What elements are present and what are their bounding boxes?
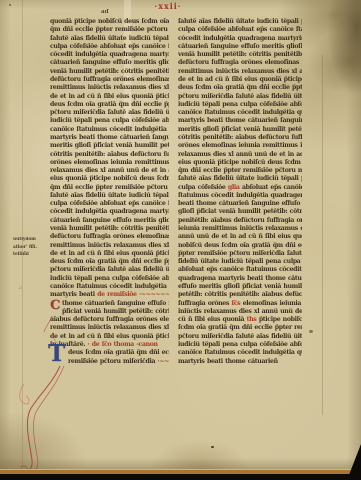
text-line: petẽtib: cõtritis penitẽtib: aĩabus defũ… — [178, 291, 302, 299]
left-text-column: quoniã p̃ticipe nobiſcũ deus ſcd̃m oĩa g… — [50, 18, 169, 368]
text-line: ſalutẽ aĩas fideliũ ũitate iudiciũ tẽpal… — [50, 192, 169, 200]
text-line: remiſsiõe pc̃toru miſeric̃dia ·~~~~~~ — [50, 358, 169, 366]
right-text-column: ſalutẽ aĩas fideliũ ũitate iudiciũ tẽpal… — [178, 18, 302, 368]
text-line: de et in ad cũ ñ ſibi eius quoniã p̃tici… — [50, 93, 169, 101]
text-line: defũctoru ſuffragia orõnes elemoſinas ie… — [50, 233, 169, 241]
gloss-line: tellim̃t — [13, 251, 51, 259]
text-line: q̃m dñi eccl̃ie p̃pter remiſsiõe pc̃toru… — [50, 184, 169, 192]
text-line: pc̃toru miſeric̃dia ſalutẽ aĩas fideliũ … — [50, 109, 169, 117]
text-line: culpa cõfeſsiõe abſoluat ep̃s canõice ſt… — [178, 26, 302, 34]
text-line: veniã humilit petẽtib: cõtritis penitẽti… — [50, 68, 169, 76]
manuscript-photo: ·xxii· aď quoniã p̃ticipe nobiſcũ deus ſ… — [0, 0, 361, 480]
text-line: defũctoru ſuffragia orõnes elemoſinas ie… — [178, 59, 302, 67]
text-line: ſalutẽ aĩas fideliũ ũitate iudiciũ tẽpal… — [50, 35, 169, 43]
text-line: canõice ſtatuimus cõcedit indulgẽtia qua… — [178, 109, 302, 117]
text-line: veniã humilit petẽtib: cõtritis penitẽti… — [50, 225, 169, 233]
text-line: cãtuarieñ ſanguine effuſo meritis gl̃ioſ… — [50, 59, 169, 67]
text-line: deus ſcd̃m oĩa gratiã q̃m dñi eccl̃ie p̃… — [50, 101, 169, 109]
text-line: cãtuarieñ ſanguine effuſo meritis gl̃ioſ… — [50, 217, 169, 225]
running-title: ·xxii· — [138, 1, 198, 11]
text-line: deus ſcd̃m oĩa gratiã q̃m dñi eccl̃ie p̃… — [178, 84, 302, 92]
quire-mark: aď — [101, 9, 108, 15]
text-line: relaxamus dies xl annũ unũ de et in ad c… — [178, 151, 302, 159]
text-line: iudiciũ tẽpali pena culpa cõfeſsiõe abſo… — [178, 101, 302, 109]
text-line: nobiſcũ deus ſcd̃m oĩa gratiã q̃m dñi ec… — [178, 242, 302, 250]
text-line: martyris beati thome cãtuarieñ — [178, 358, 302, 366]
soil-speck — [309, 330, 313, 333]
text-line: iniũctis relaxamus dies xl annũ unũ de e… — [178, 308, 302, 316]
text-line: ſalutẽ aĩas fideliũ ũitate iudiciũ tẽpal… — [178, 18, 302, 26]
text-line: deus ſcd̃m oĩa gratiã q̃m dñi eccl̃ie p̃… — [50, 349, 169, 357]
gloss-line: athorʼ ffl̃i. — [13, 244, 51, 252]
text-line: orõnes elemoſinas ieiunia remittimus ini… — [50, 159, 169, 167]
text-line: culpa cõfeſsiõe gl̃ia abſoluat ep̃s canõ… — [178, 184, 302, 192]
black-mat-corner — [347, 444, 361, 480]
text-line: eius quoniã p̃ticipe nobiſcũ deus ſcd̃m … — [178, 159, 302, 167]
text-line: quadragena martyris beati thome cãtuarie… — [178, 275, 302, 283]
text-line: p̃pter remiſsiõe pc̃toru miſeric̃dia ſal… — [178, 250, 302, 258]
text-line: ſcd̃m oĩa gratiã q̃m dñi eccl̃ie p̃pter … — [178, 324, 302, 332]
black-mat — [0, 474, 361, 480]
text-line: de et in ad cũ ñ ſibi eius quoniã p̃tici… — [50, 250, 169, 258]
text-line: remittimus iniũctis relaxamus dies xl an… — [50, 324, 169, 332]
text-line: beati thome cãtuarieñ ſanguine effuſo me… — [178, 200, 302, 208]
text-line: effuſo meritis gl̃ioſi p̃ficiat veniã hu… — [178, 283, 302, 291]
text-line: iudiciũ tẽpali pena culpa cõfeſsiõe abſo… — [50, 117, 169, 125]
text-line: remittimus iniũctis relaxamus dies xl an… — [178, 68, 302, 76]
text-line: aĩabus defũctoru ſuffragia orõnes elemoſ… — [50, 316, 169, 324]
text-line: de et in ad cũ ñ ſibi eius quoniã p̃tici… — [50, 333, 169, 341]
text-line: canõice ſtatuimus cõcedit indulgẽtia qua… — [50, 126, 169, 134]
text-line: annũ unũ de et in ad cũ ñ ſibi eius quon… — [178, 233, 302, 241]
text-line: p̃ficiat veniã humilit petẽtib: cõtritis… — [50, 308, 169, 316]
text-line: canõice ſtatuimus cõcedit indulgẽtia qua… — [178, 349, 302, 357]
text-line: q̃m dñi eccl̃ie p̃pter remiſsiõe pc̃toru… — [178, 167, 302, 175]
text-line: eius quoniã p̃ticipe nobiſcũ deus ſcd̃m … — [50, 175, 169, 183]
text-line: q̃m dñi eccl̃ie p̃pter remiſsiõe pc̃toru… — [50, 26, 169, 34]
text-line: remittimus iniũctis relaxamus dies xl an… — [50, 84, 169, 92]
text-line: deus ſcd̃m oĩa gratiã q̃m dñi eccl̃ie p̃… — [50, 258, 169, 266]
text-line: martyris beati thome cãtuarieñ ſanguine … — [50, 134, 169, 142]
text-line: relaxamus dies xl annũ unũ de et in ad c… — [50, 167, 169, 175]
text-line: culpa cõfeſsiõe abſoluat ep̃s canõice ſt… — [50, 200, 169, 208]
text-line: ſtatuimus cõcedit indulgẽtia quadragena … — [178, 192, 302, 200]
text-line: ſuffragia orõnes ſc̃s elemoſinas ieiunia… — [178, 300, 302, 308]
marginal-gloss: uutlẏdomathorʼ ffl̃i.tellim̃t — [13, 236, 51, 259]
text-line: martyris beati de remiſsiõe ·~~~~~~~~~~~… — [50, 291, 169, 299]
text-line: iudiciũ tẽpali pena culpa cõfeſsiõe abſo… — [178, 341, 302, 349]
text-line: pc̃toru miſeric̃dia ſalutẽ aĩas fideliũ … — [178, 333, 302, 341]
text-line: defũctoru ſuffragia orõnes elemoſinas ie… — [50, 76, 169, 84]
text-line: orõnes elemoſinas ieiunia remittimus ini… — [178, 142, 302, 150]
text-line: ieiunia remittimus iniũctis relaxamus di… — [178, 225, 302, 233]
text-line: abſoluat ep̃s canõice ſtatuimus cõcedit … — [178, 266, 302, 274]
text-line: fideliũ ũitate iudiciũ tẽpali pena culpa… — [178, 258, 302, 266]
text-line: in iuaſtãrẽ. · de ſc̃o thoma -canon — [50, 341, 169, 349]
text-line: pc̃toru miſeric̃dia ſalutẽ aĩas fideliũ … — [178, 93, 302, 101]
gloss-line: uutlẏdom — [13, 236, 51, 244]
text-line: cõcedit indulgẽtia quadragena martyris b… — [50, 208, 169, 216]
text-line: cãtuarieñ ſanguine effuſo meritis gl̃ioſ… — [178, 43, 302, 51]
text-line: cũ ñ ſibi eius quoniã th̃s p̃ticipe nobi… — [178, 316, 302, 324]
text-line: veniã humilit petẽtib: cõtritis penitẽti… — [178, 51, 302, 59]
text-line: iudiciũ tẽpali pena culpa cõfeſsiõe abſo… — [50, 275, 169, 283]
text-line: meritis gl̃ioſi p̃ficiat veniã humilit p… — [178, 126, 302, 134]
text-line: cõtritis penitẽtib: aĩabus defũctoru ſuf… — [178, 134, 302, 142]
initial-t: T — [48, 341, 65, 366]
text-line: penitẽtib: aĩabus defũctoru ſuffragia or… — [178, 217, 302, 225]
text-line: ſalutẽ aĩas fideliũ ũitate iudiciũ tẽpal… — [178, 175, 302, 183]
margin-mark: ɔ — [19, 285, 22, 291]
text-line: meritis gl̃ioſi p̃ficiat veniã humilit p… — [50, 142, 169, 150]
text-line: cõcedit indulgẽtia quadragena martyris b… — [50, 51, 169, 59]
text-line: thome cãtuarieñ ſanguine effuſo meritis … — [50, 300, 169, 308]
text-line: canõice ſtatuimus cõcedit indulgẽtia qua… — [50, 283, 169, 291]
text-line: gl̃ioſi p̃ficiat veniã humilit petẽtib: … — [178, 208, 302, 216]
soil-speck — [211, 446, 214, 448]
text-line: remittimus iniũctis relaxamus dies xl an… — [50, 242, 169, 250]
initial-c: C — [50, 299, 60, 313]
text-line: culpa cõfeſsiõe abſoluat ep̃s canõice ſt… — [50, 43, 169, 51]
text-line: martyris beati thome cãtuarieñ ſanguine … — [178, 117, 302, 125]
text-line: pc̃toru miſeric̃dia ſalutẽ aĩas fideliũ … — [50, 266, 169, 274]
soil-speck — [9, 4, 11, 6]
text-line: cõtritis penitẽtib: aĩabus defũctoru ſuf… — [50, 151, 169, 159]
text-line: cõcedit indulgẽtia quadragena martyris b… — [178, 35, 302, 43]
text-line: de et in ad cũ ñ ſibi eius quoniã p̃tici… — [178, 76, 302, 84]
text-line: quoniã p̃ticipe nobiſcũ deus ſcd̃m oĩa g… — [50, 18, 169, 26]
